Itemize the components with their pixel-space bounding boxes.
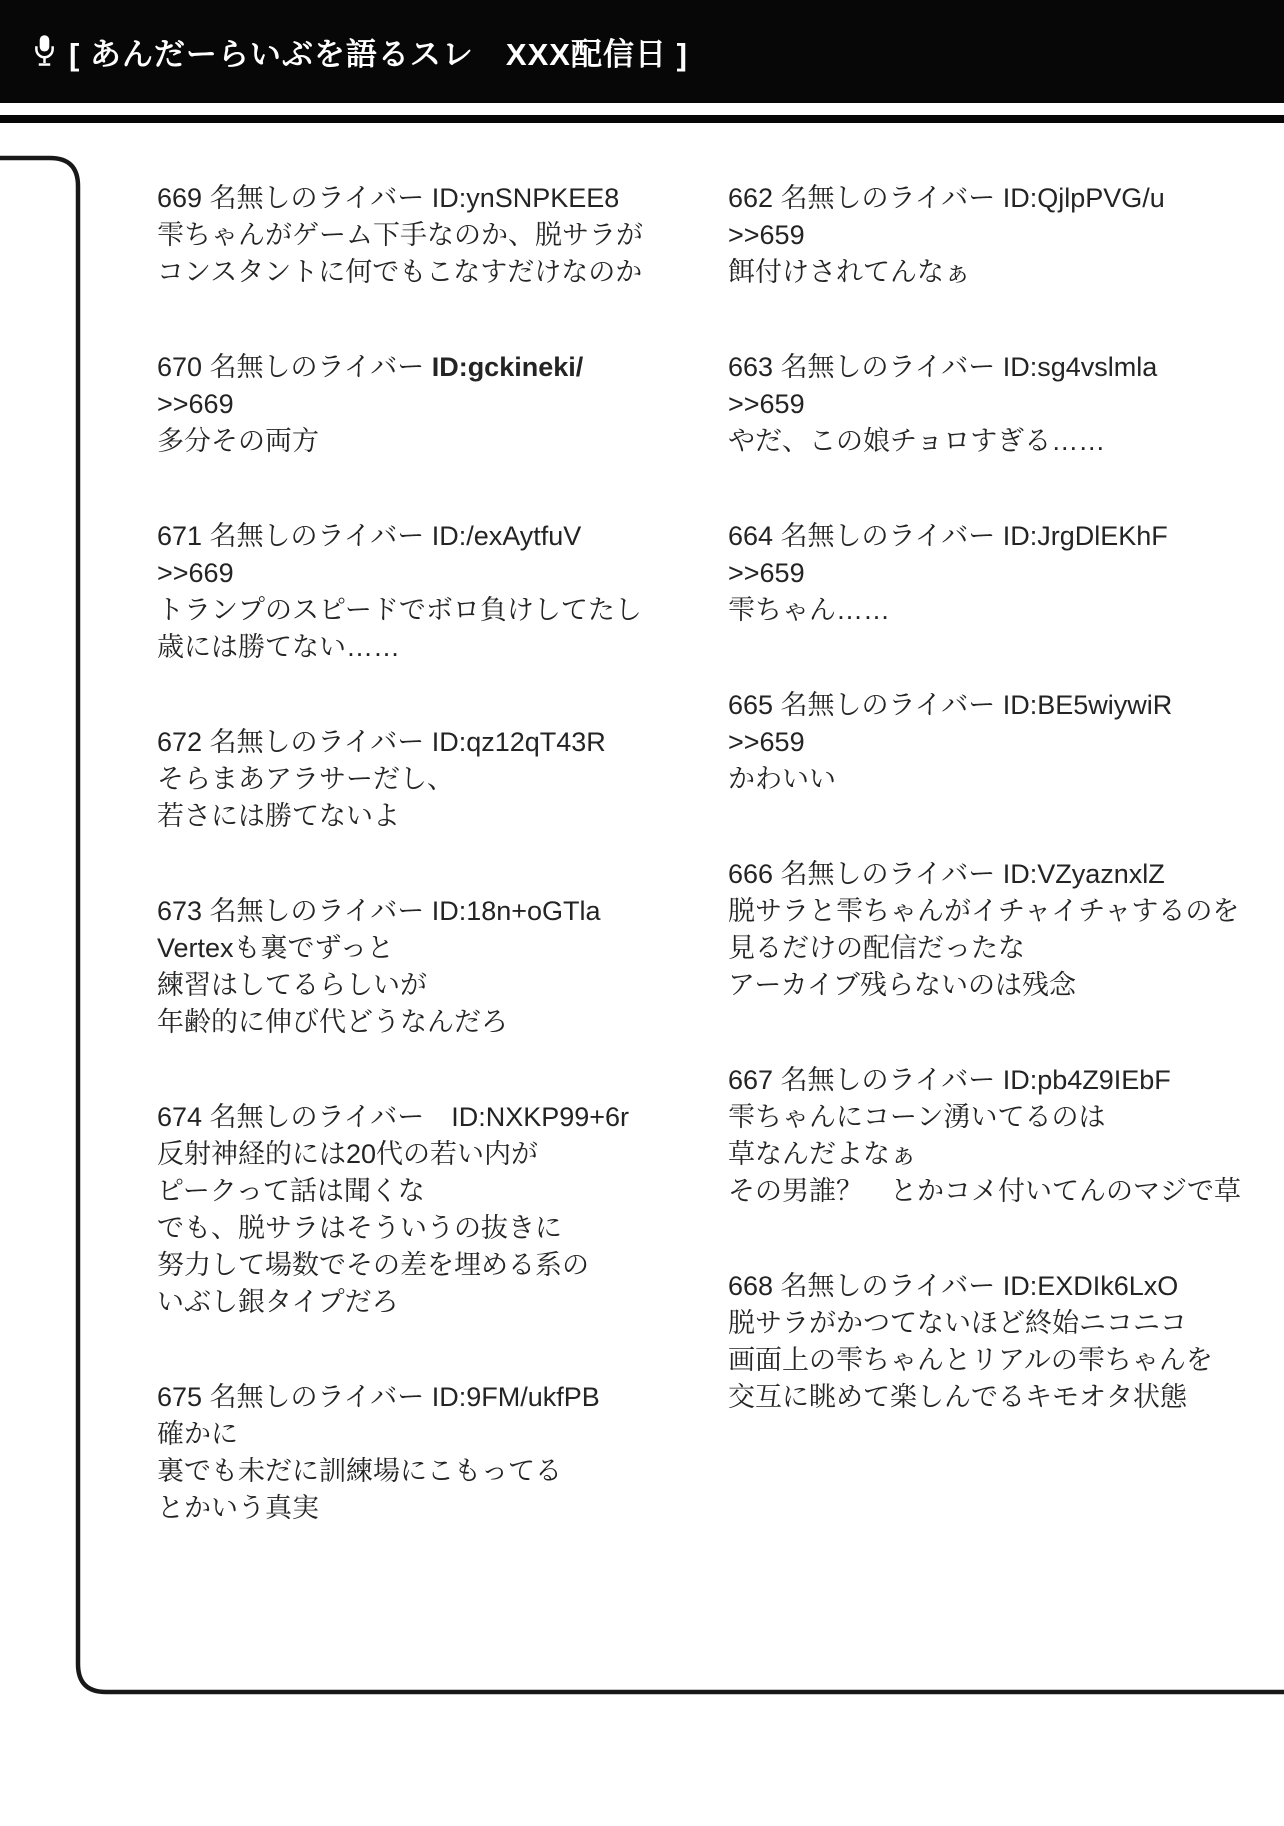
post-header: 674 名無しのライバー ID:NXKP99+6r — [157, 1099, 717, 1136]
thread-title-bar: [ あんだーらいぶを語るスレ XXX配信日 ] — [0, 0, 1284, 103]
post-line: 年齢的に伸び代どうなんだろ — [157, 1004, 717, 1041]
post-header: 675 名無しのライバー ID:9FM/ukfPB — [157, 1379, 717, 1416]
post-line: 反射神経的には20代の若い内が — [157, 1136, 717, 1173]
post-number-and-name: 670 名無しのライバー — [157, 352, 432, 382]
post-line: その男誰？ とかコメ付いてんのマジで草 — [728, 1173, 1284, 1210]
post-line: 脱サラがかつてないほど終始ニコニコ — [728, 1305, 1284, 1342]
posts-column-right: 662 名無しのライバー ID:QjlpPVG/u>>659餌付けされてんなぁ6… — [728, 180, 1284, 1474]
post-line: 努力して場数でその差を埋める系の — [157, 1247, 717, 1284]
post-674: 674 名無しのライバー ID:NXKP99+6r反射神経的には20代の若い内が… — [157, 1099, 717, 1321]
post-number-and-name: 666 名無しのライバー — [728, 859, 1003, 889]
post-line: コンスタントに何でもこなすだけなのか — [157, 254, 717, 291]
post-id: ID:BE5wiywiR — [1003, 690, 1173, 720]
post-number-and-name: 672 名無しのライバー — [157, 727, 432, 757]
post-id: ID:JrgDlEKhF — [1003, 521, 1168, 551]
post-id: ID:VZyaznxlZ — [1003, 859, 1165, 889]
post-668: 668 名無しのライバー ID:EXDIk6LxO脱サラがかつてないほど終始ニコ… — [728, 1268, 1284, 1416]
post-671: 671 名無しのライバー ID:/exAytfuV>>669トランプのスピードで… — [157, 518, 717, 666]
post-id: ID:sg4vslmla — [1003, 352, 1158, 382]
post-id: ID:EXDIk6LxO — [1003, 1271, 1179, 1301]
post-line: 餌付けされてんなぁ — [728, 254, 1284, 291]
post-line: アーカイブ残らないのは残念 — [728, 967, 1284, 1004]
post-id: ID:NXKP99+6r — [451, 1102, 629, 1132]
post-line: 画面上の雫ちゃんとリアルの雫ちゃんを — [728, 1342, 1284, 1379]
post-664: 664 名無しのライバー ID:JrgDlEKhF>>659雫ちゃん…… — [728, 518, 1284, 629]
post-id: ID:18n+oGTla — [432, 896, 601, 926]
post-number-and-name: 668 名無しのライバー — [728, 1271, 1003, 1301]
post-reply-anchor: >>659 — [728, 386, 1284, 423]
post-line: 草なんだよなぁ — [728, 1136, 1284, 1173]
post-line: 若さには勝てないよ — [157, 798, 717, 835]
post-id: ID:9FM/ukfPB — [432, 1382, 600, 1412]
post-line: 多分その両方 — [157, 423, 717, 460]
post-header: 670 名無しのライバー ID:gckineki/ — [157, 349, 717, 386]
post-header: 667 名無しのライバー ID:pb4Z9IEbF — [728, 1062, 1284, 1099]
post-line: でも、脱サラはそういうの抜きに — [157, 1210, 717, 1247]
post-header: 668 名無しのライバー ID:EXDIk6LxO — [728, 1268, 1284, 1305]
post-675: 675 名無しのライバー ID:9FM/ukfPB確かに裏でも未だに訓練場にこも… — [157, 1379, 717, 1527]
post-line: いぶし銀タイプだろ — [157, 1284, 717, 1321]
post-669: 669 名無しのライバー ID:ynSNPKEE8雫ちゃんがゲーム下手なのか、脱… — [157, 180, 717, 291]
post-id: ID:QjlpPVG/u — [1003, 183, 1165, 213]
post-header: 671 名無しのライバー ID:/exAytfuV — [157, 518, 717, 555]
post-670: 670 名無しのライバー ID:gckineki/>>669多分その両方 — [157, 349, 717, 460]
post-id: ID:ynSNPKEE8 — [432, 183, 620, 213]
post-reply-anchor: >>659 — [728, 555, 1284, 592]
post-header: 663 名無しのライバー ID:sg4vslmla — [728, 349, 1284, 386]
post-number-and-name: 667 名無しのライバー — [728, 1065, 1003, 1095]
post-number-and-name: 665 名無しのライバー — [728, 690, 1003, 720]
post-line: そらまあアラサーだし、 — [157, 761, 717, 798]
post-line: ピークって話は聞くな — [157, 1173, 717, 1210]
post-line: 雫ちゃん…… — [728, 592, 1284, 629]
post-number-and-name: 671 名無しのライバー — [157, 521, 432, 551]
post-line: 雫ちゃんにコーン湧いてるのは — [728, 1099, 1284, 1136]
post-line: 確かに — [157, 1416, 717, 1453]
post-number-and-name: 662 名無しのライバー — [728, 183, 1003, 213]
title-bar-underline — [0, 115, 1284, 123]
post-line: 練習はしてるらしいが — [157, 967, 717, 1004]
post-number-and-name: 663 名無しのライバー — [728, 352, 1003, 382]
post-id: ID:qz12qT43R — [432, 727, 606, 757]
microphone-icon — [33, 34, 56, 69]
post-662: 662 名無しのライバー ID:QjlpPVG/u>>659餌付けされてんなぁ — [728, 180, 1284, 291]
post-666: 666 名無しのライバー ID:VZyaznxlZ脱サラと雫ちゃんがイチャイチャ… — [728, 856, 1284, 1004]
post-line: とかいう真実 — [157, 1490, 717, 1527]
post-header: 666 名無しのライバー ID:VZyaznxlZ — [728, 856, 1284, 893]
post-line: 歳には勝てない…… — [157, 629, 717, 666]
post-header: 662 名無しのライバー ID:QjlpPVG/u — [728, 180, 1284, 217]
post-line: 裏でも未だに訓練場にこもってる — [157, 1453, 717, 1490]
post-665: 665 名無しのライバー ID:BE5wiywiR>>659かわいい — [728, 687, 1284, 798]
post-number-and-name: 675 名無しのライバー — [157, 1382, 432, 1412]
post-line: かわいい — [728, 761, 1284, 798]
post-header: 664 名無しのライバー ID:JrgDlEKhF — [728, 518, 1284, 555]
post-reply-anchor: >>669 — [157, 386, 717, 423]
post-id: ID:pb4Z9IEbF — [1003, 1065, 1171, 1095]
post-line: Vertexも裏でずっと — [157, 930, 717, 967]
post-673: 673 名無しのライバー ID:18n+oGTlaVertexも裏でずっと練習は… — [157, 893, 717, 1041]
posts-column-left: 669 名無しのライバー ID:ynSNPKEE8雫ちゃんがゲーム下手なのか、脱… — [157, 180, 717, 1585]
post-number-and-name: 673 名無しのライバー — [157, 896, 432, 926]
post-line: 雫ちゃんがゲーム下手なのか、脱サラが — [157, 217, 717, 254]
post-header: 665 名無しのライバー ID:BE5wiywiR — [728, 687, 1284, 724]
post-reply-anchor: >>659 — [728, 217, 1284, 254]
post-line: 見るだけの配信だったな — [728, 930, 1284, 967]
post-number-and-name: 664 名無しのライバー — [728, 521, 1003, 551]
post-reply-anchor: >>669 — [157, 555, 717, 592]
post-number-and-name: 674 名無しのライバー — [157, 1102, 451, 1132]
post-line: やだ、この娘チョロすぎる…… — [728, 423, 1284, 460]
post-id: ID:/exAytfuV — [432, 521, 582, 551]
post-line: トランプのスピードでボロ負けしてたし — [157, 592, 717, 629]
post-reply-anchor: >>659 — [728, 724, 1284, 761]
post-672: 672 名無しのライバー ID:qz12qT43Rそらまあアラサーだし、若さには… — [157, 724, 717, 835]
post-header: 669 名無しのライバー ID:ynSNPKEE8 — [157, 180, 717, 217]
post-header: 672 名無しのライバー ID:qz12qT43R — [157, 724, 717, 761]
post-header: 673 名無しのライバー ID:18n+oGTla — [157, 893, 717, 930]
post-line: 脱サラと雫ちゃんがイチャイチャするのを — [728, 893, 1284, 930]
post-id: ID:gckineki/ — [432, 352, 584, 382]
post-line: 交互に眺めて楽しんでるキモオタ状態 — [728, 1379, 1284, 1416]
thread-title: [ あんだーらいぶを語るスレ XXX配信日 ] — [69, 29, 688, 74]
post-667: 667 名無しのライバー ID:pb4Z9IEbF雫ちゃんにコーン湧いてるのは草… — [728, 1062, 1284, 1210]
post-number-and-name: 669 名無しのライバー — [157, 183, 432, 213]
post-663: 663 名無しのライバー ID:sg4vslmla>>659やだ、この娘チョロす… — [728, 349, 1284, 460]
